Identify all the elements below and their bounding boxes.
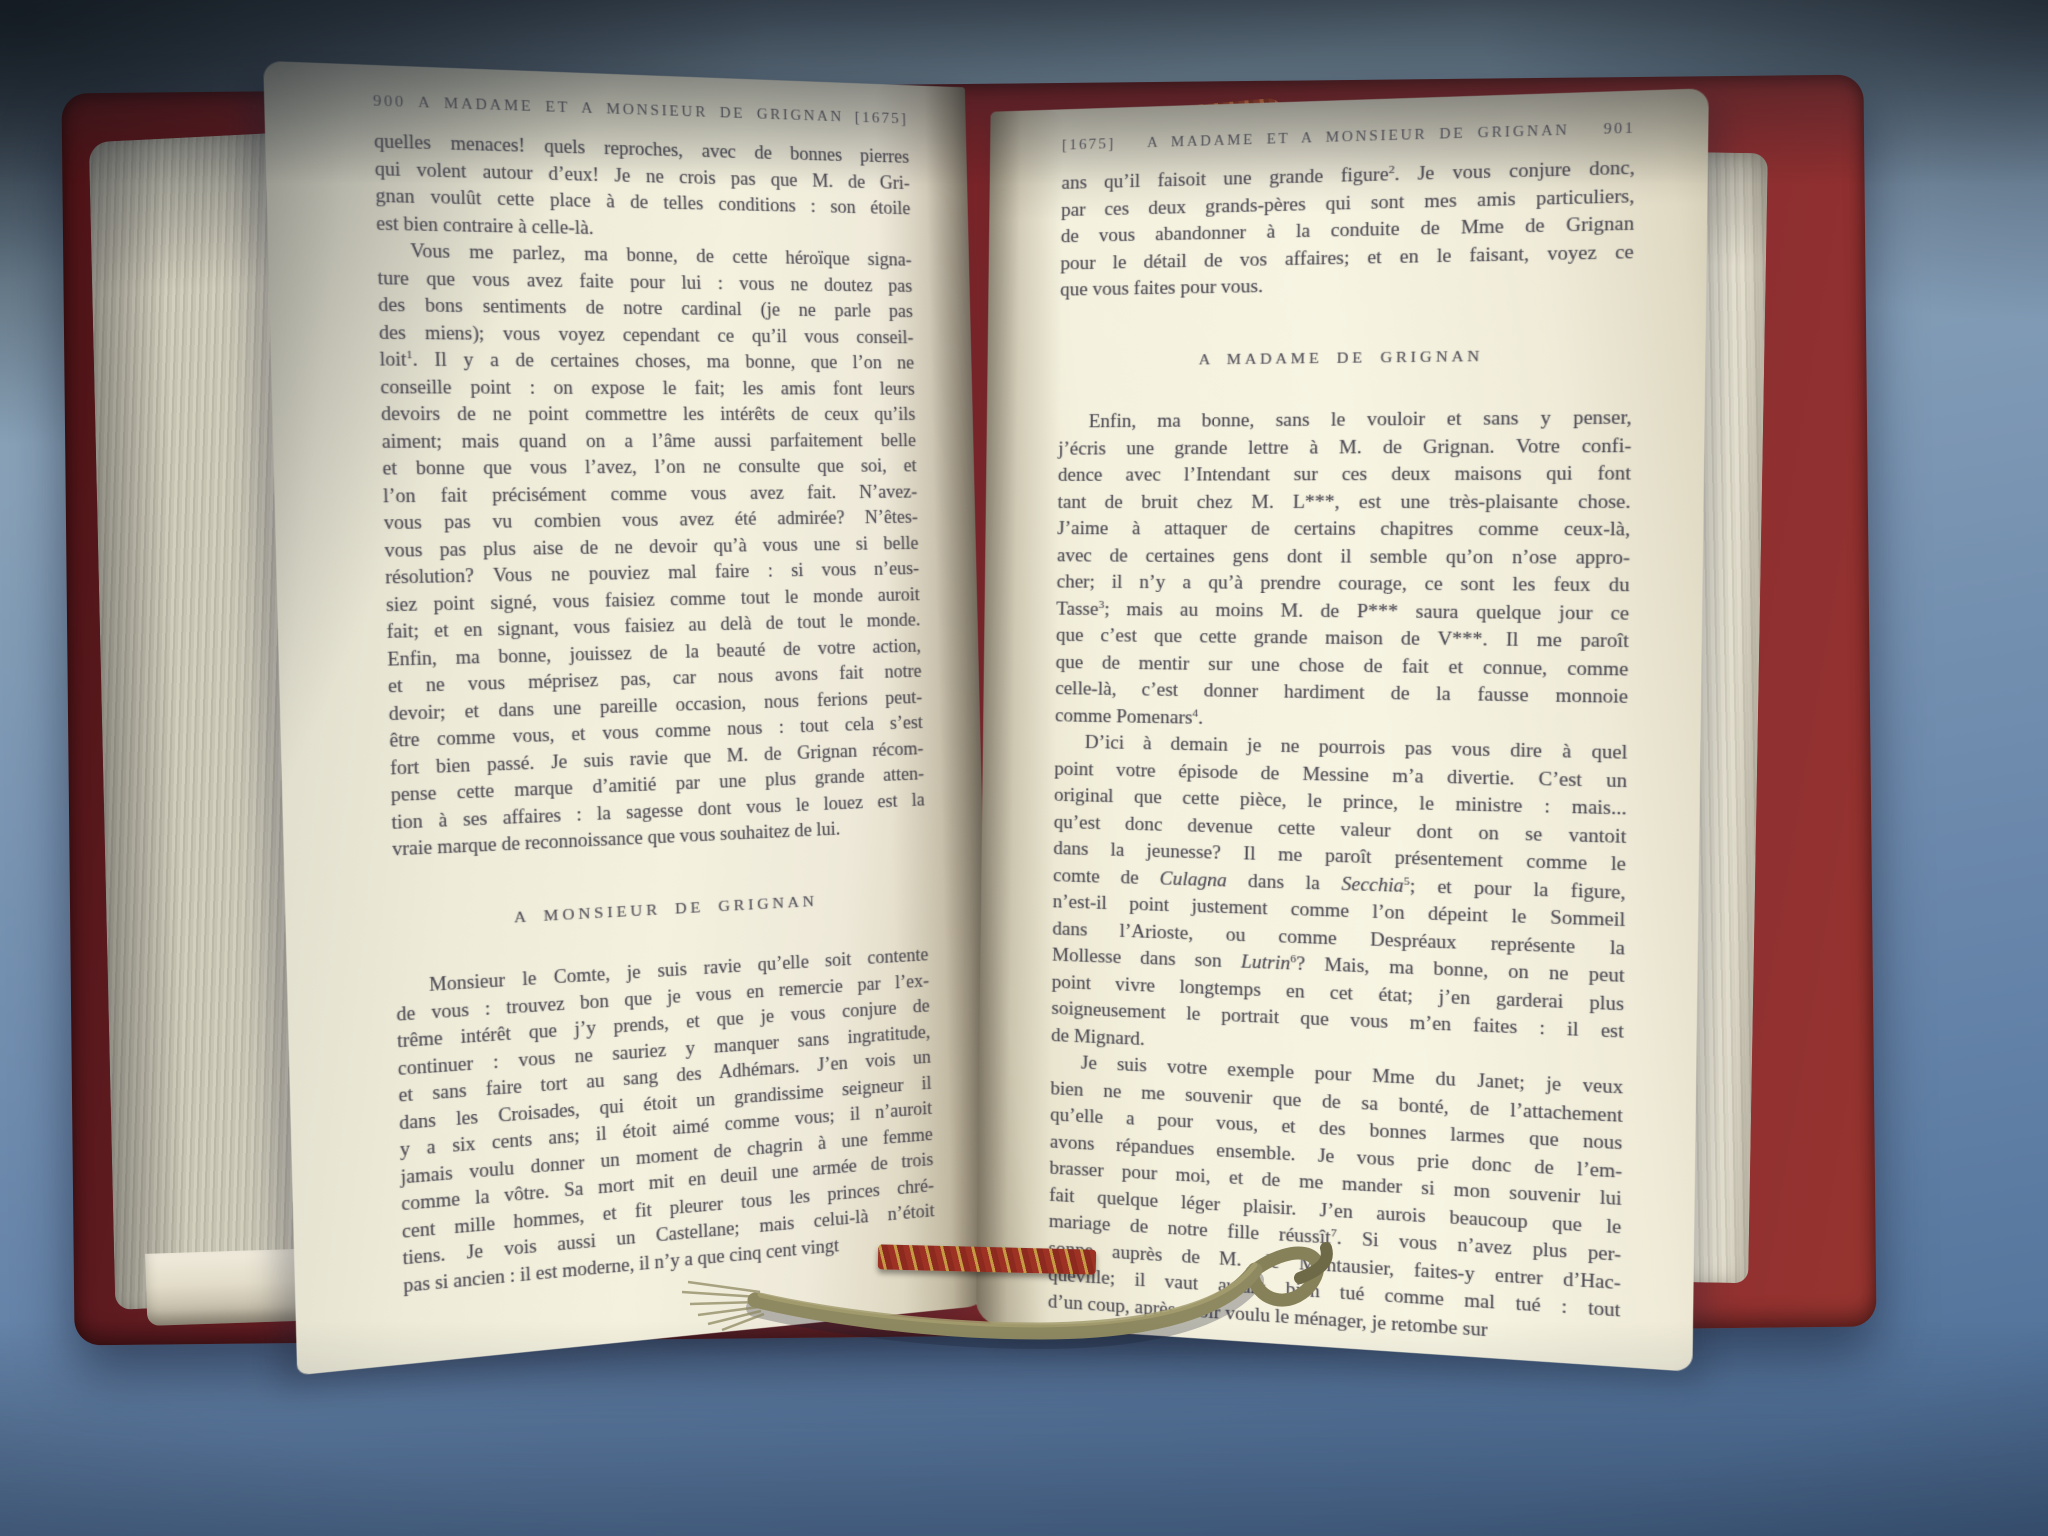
text-line: J’aime à attaquer de certains chapitres …: [1057, 516, 1630, 544]
text-line: tant de bruit chez M. L***, est une très…: [1057, 488, 1630, 516]
running-head-title-right: A MADAME ET A MONSIEUR DE GRIGNAN: [1115, 121, 1603, 153]
italic-text: Secchia: [1341, 873, 1404, 897]
running-head-title-left: A MADAME ET A MONSIEUR DE GRIGNAN: [405, 94, 855, 127]
ribbon-bookmark: [660, 1222, 1350, 1387]
italic-text: Culagna: [1160, 868, 1227, 891]
left-page-body: quelles menaces! quels reproches, avec d…: [374, 128, 936, 1299]
footnote-number: 5: [1404, 874, 1410, 887]
letter-heading: A MADAME DE GRIGNAN: [1059, 341, 1633, 375]
year-right: [1675]: [1062, 136, 1116, 155]
text-line: et bonne que vous l’avez, l’on ne consul…: [382, 453, 917, 482]
text-line: dence avec l’Intendant sur ces deux mais…: [1058, 461, 1631, 490]
text-line: loit1. Il y a de certaines choses, ma bo…: [379, 346, 914, 376]
running-head-left: 900 A MADAME ET A MONSIEUR DE GRIGNAN [1…: [373, 93, 909, 129]
footnote-number: 4: [1192, 707, 1198, 719]
year-left: [1675]: [855, 110, 909, 129]
text-line: avec de certaines gens dont il semble qu…: [1057, 543, 1630, 573]
text-line: Enfin, ma bonne, sans le vouloir et sans…: [1058, 405, 1631, 436]
footnote-number: 2: [1389, 163, 1395, 176]
photo-open-book: 900 A MADAME ET A MONSIEUR DE GRIGNAN [1…: [0, 0, 2048, 1536]
text-line: aiment; mais quand on a l’âme aussi parf…: [381, 428, 916, 456]
letter-heading: A MONSIEUR DE GRIGNAN: [394, 882, 927, 937]
right-page: [1675] A MADAME ET A MONSIEUR DE GRIGNAN…: [976, 88, 1709, 1372]
right-page-body: ans qu’il faisoit une grande figure2. Je…: [1048, 155, 1635, 1353]
footnote-number: 1: [406, 349, 412, 362]
text-line: j’écris une grande lettre à M. de Grigna…: [1058, 433, 1631, 463]
text-line: conseille point : on expose le fait; les…: [380, 374, 915, 402]
text-line: devoirs de ne point commettre les intérê…: [381, 401, 916, 428]
left-page: 900 A MADAME ET A MONSIEUR DE GRIGNAN [1…: [263, 61, 994, 1375]
page-number-right: 901: [1603, 120, 1635, 139]
page-number-left: 900: [373, 93, 406, 112]
footnote-number: 3: [1098, 598, 1104, 610]
footnote-number: 6: [1290, 953, 1296, 966]
running-head-right: [1675] A MADAME ET A MONSIEUR DE GRIGNAN…: [1062, 120, 1636, 155]
text-line: des miens); vous voyez cependant ce qu’i…: [379, 319, 914, 350]
italic-text: Lutrin: [1241, 951, 1291, 974]
text-line: cher; il n’y a qu’à prendre courage, ce …: [1056, 569, 1629, 600]
